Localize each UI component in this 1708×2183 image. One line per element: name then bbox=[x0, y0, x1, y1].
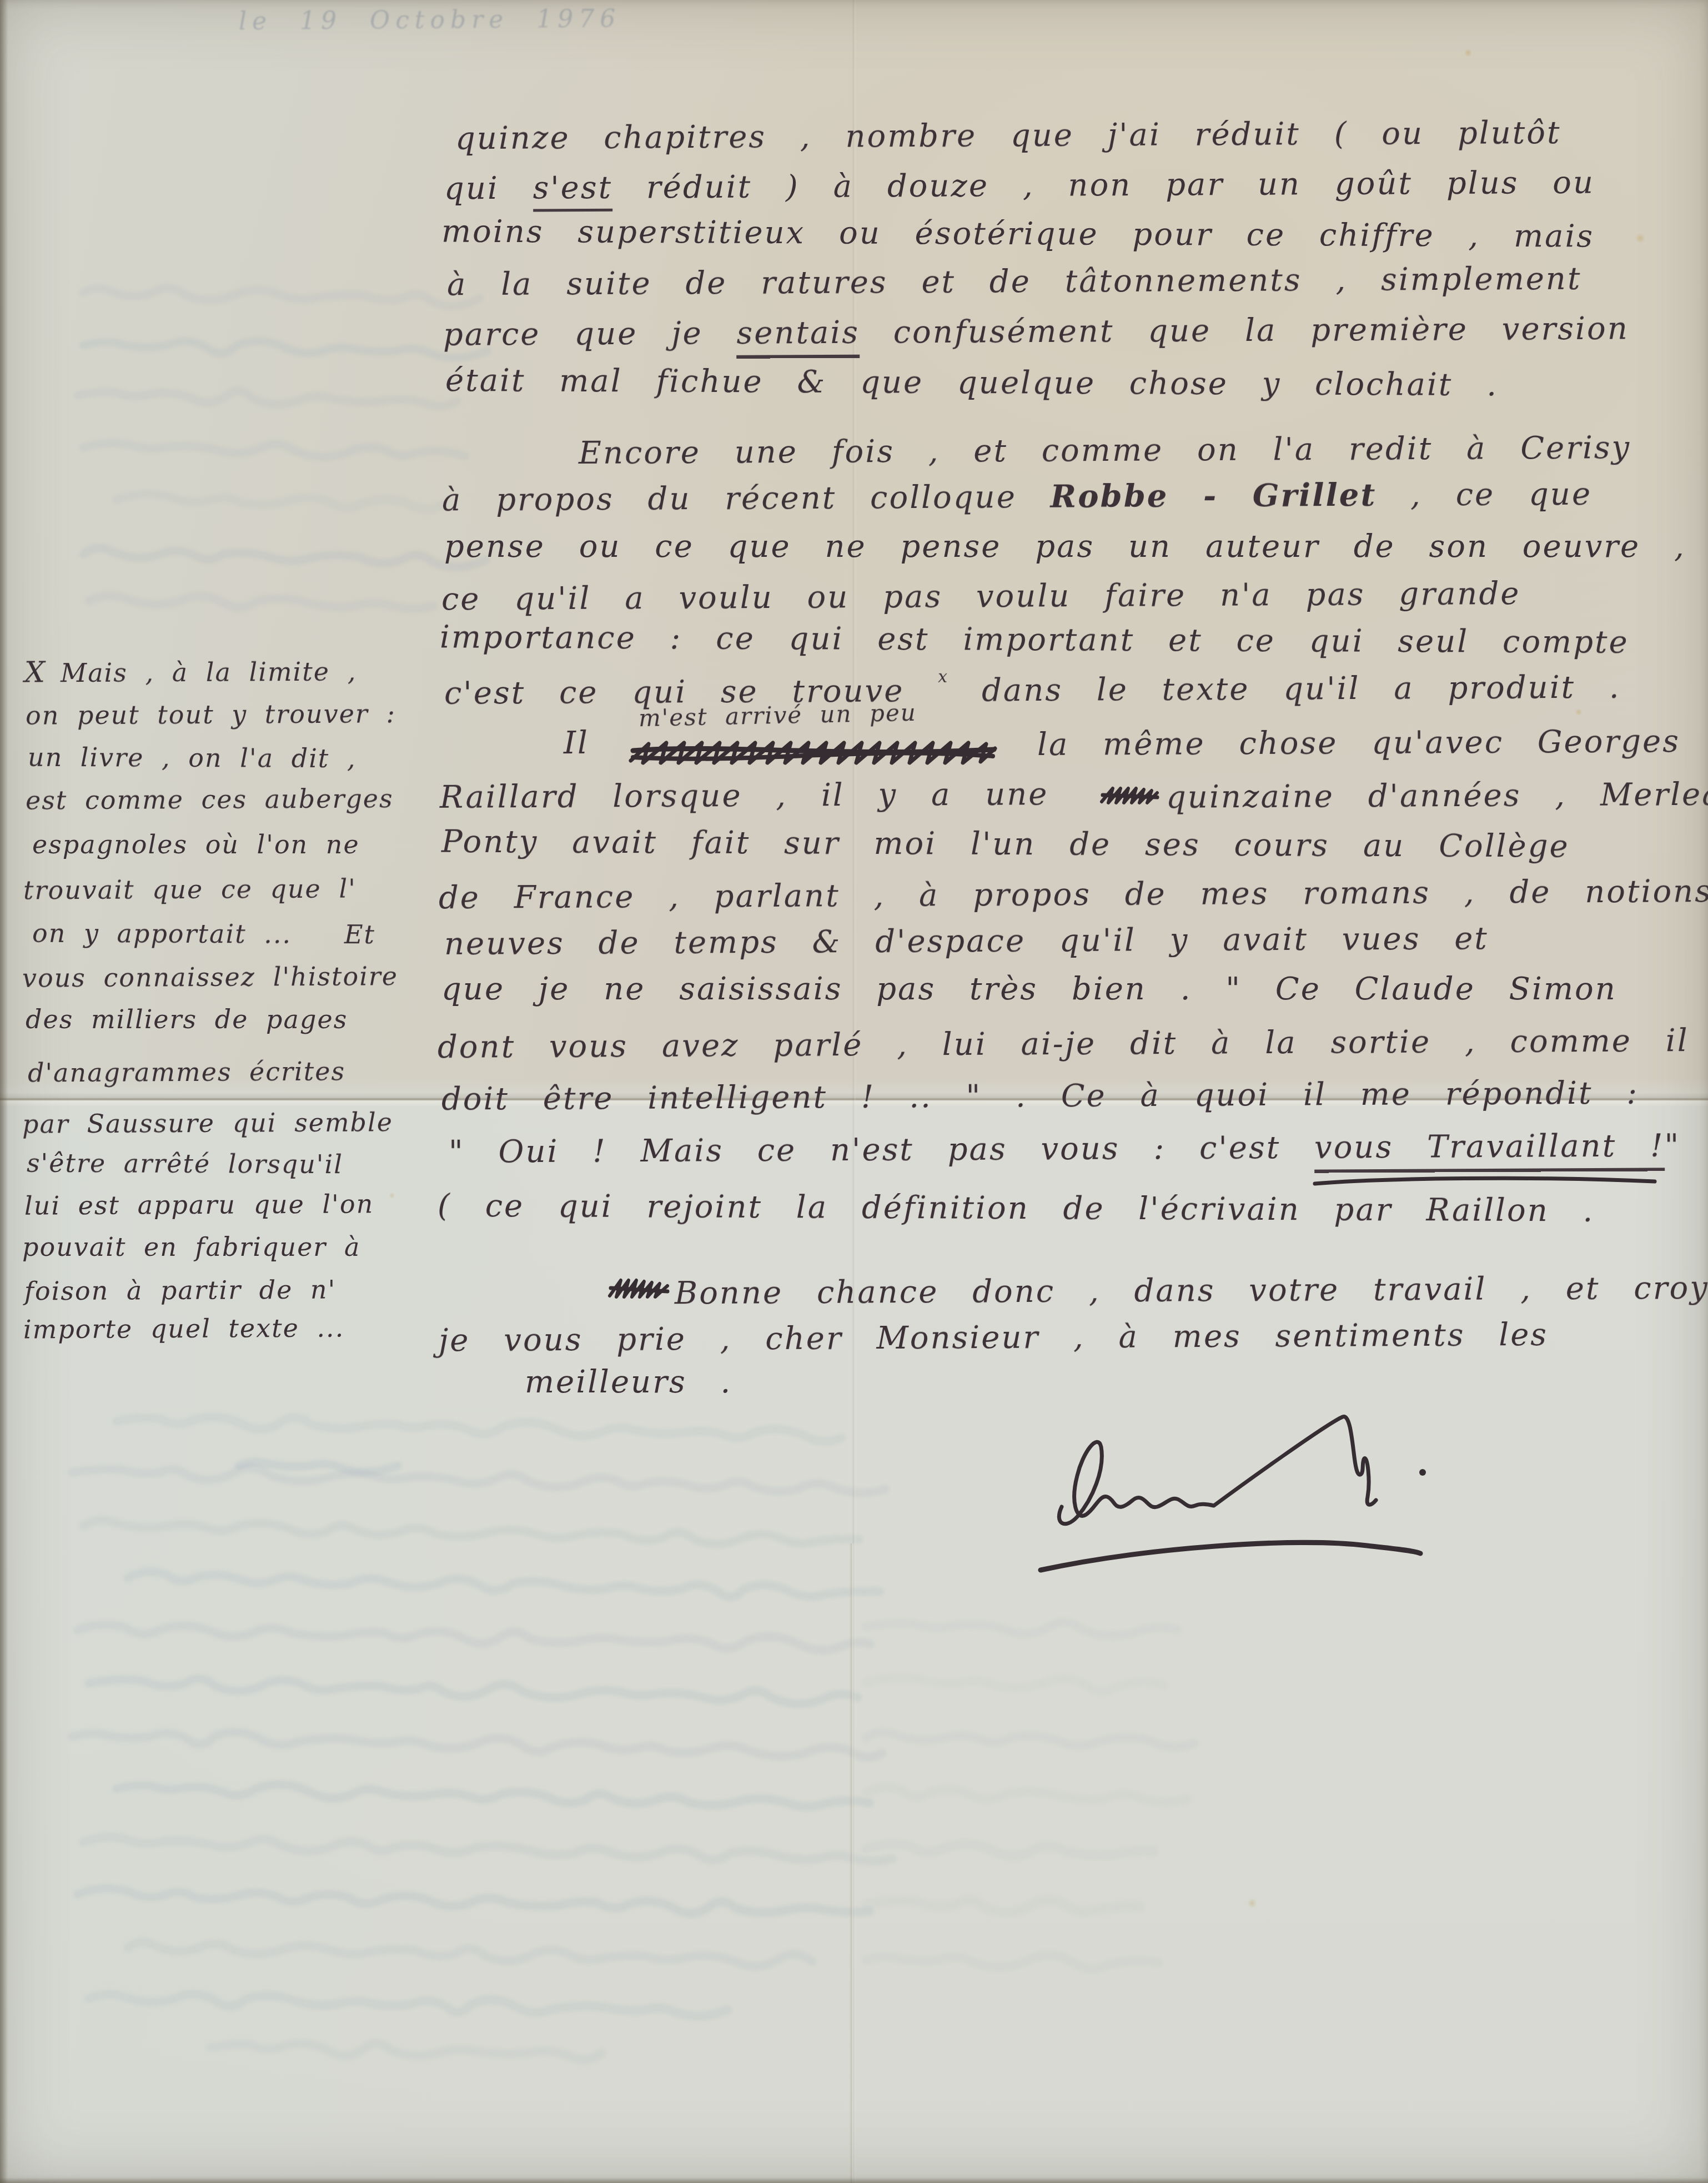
margin-note-line: s'être arrêté lorsqu'il bbox=[27, 1150, 343, 1177]
showthrough-date: le 19 Octobre 1976 bbox=[239, 4, 739, 36]
underlined-word: s'est bbox=[533, 170, 612, 212]
foxing-spot bbox=[1635, 233, 1646, 243]
body-line: quinzaine d'années , Merleau- bbox=[1166, 779, 1708, 813]
margin-note-line: un livre , on l'a dit , bbox=[28, 745, 356, 772]
margin-note-x-marker: X bbox=[24, 656, 46, 689]
margin-note-line: d'anagrammes écrites bbox=[28, 1059, 345, 1086]
body-line: c'est ce qui se trouve x dans le texte q… bbox=[444, 665, 1621, 709]
foxing-spot bbox=[1575, 708, 1583, 716]
margin-note-line: on y apportait ... Et bbox=[32, 921, 375, 948]
body-line: je vous prie , cher Monsieur , à mes sen… bbox=[439, 1320, 1548, 1356]
underlined-word: sentais bbox=[736, 315, 860, 359]
body-line: qui s'est réduit ) à douze , non par un … bbox=[444, 168, 1595, 205]
body-line: Raillard lorsque , il y a une bbox=[440, 779, 1049, 813]
body-line: moins superstitieux ou ésotérique pour c… bbox=[441, 216, 1594, 252]
margin-note-line: foison à partir de n' bbox=[24, 1277, 336, 1304]
margin-note-line: par Saussure qui semble bbox=[22, 1109, 393, 1136]
margin-note-line: importe quel texte ... bbox=[23, 1315, 345, 1342]
body-line: neuves de temps & d'espace qu'il y avait… bbox=[444, 923, 1489, 960]
margin-note-line: on peut tout y trouver : bbox=[26, 701, 396, 728]
insertion-x-marker: x bbox=[938, 667, 948, 687]
strikethrough-scribble-2 bbox=[1102, 788, 1157, 803]
margin-note-line: XMais , à la limite , bbox=[24, 656, 357, 687]
interline-insertion: m'est arrivé un peu bbox=[639, 701, 917, 730]
body-line: Bonne chance donc , dans votre travail ,… bbox=[675, 1272, 1708, 1310]
handwritten-letter-page: le 19 Octobre 1976 XMais , à la limite ,… bbox=[0, 0, 1708, 2183]
fold-crease-vertical-lower bbox=[850, 1543, 854, 2183]
body-line: Ponty avait fait sur moi l'un de ses cou… bbox=[441, 827, 1570, 863]
body-line: ce qu'il a voulu ou pas voulu faire n'a … bbox=[441, 579, 1521, 615]
foxing-spot bbox=[1247, 1899, 1257, 1908]
body-line: meilleurs . bbox=[525, 1367, 732, 1398]
strikethrough-scribble-1 bbox=[631, 743, 995, 763]
body-line: pense ou ce que ne pense pas un auteur d… bbox=[444, 531, 1686, 562]
body-line: doit être intelligent ! .. " . Ce à quoi… bbox=[441, 1078, 1639, 1115]
margin-note-line: des milliers de pages bbox=[26, 1007, 348, 1032]
strikethrough-scribble-3 bbox=[610, 1280, 667, 1297]
margin-note-line: lui est apparu que l'on bbox=[24, 1191, 374, 1218]
signature-scrawl bbox=[1041, 1417, 1426, 1570]
foxing-spot bbox=[389, 1193, 395, 1199]
body-line: Il bbox=[564, 728, 589, 759]
body-line: ( ce qui rejoint la définition de l'écri… bbox=[438, 1190, 1595, 1226]
body-line: la même chose qu'avec Georges bbox=[1037, 726, 1680, 761]
body-line: de France , parlant , à propos de mes ro… bbox=[439, 876, 1708, 914]
signature-underline-swash bbox=[1041, 1542, 1420, 1570]
foxing-spot bbox=[1464, 49, 1473, 57]
body-line: à propos du récent colloque Robbe - Gril… bbox=[442, 479, 1592, 516]
body-line: parce que je sentais confusément que la … bbox=[443, 313, 1629, 350]
margin-note-line: vous connaissez l'histoire bbox=[22, 963, 398, 991]
body-line: quinze chapitres , nombre que j'ai rédui… bbox=[455, 118, 1561, 154]
margin-note-line: pouvait en fabriquer à bbox=[22, 1234, 360, 1260]
underlined-words: vous Travaillant ! bbox=[1314, 1128, 1665, 1173]
margin-note-line: espagnoles où l'on ne bbox=[32, 832, 360, 857]
emphasized-name: Robbe - Grillet bbox=[1050, 477, 1377, 515]
travaillant-second-underline bbox=[1315, 1178, 1655, 1184]
scan-edge-left bbox=[0, 0, 8, 2183]
body-line: à la suite de ratures et de tâtonnements… bbox=[447, 264, 1582, 301]
body-line: " Oui ! Mais ce n'est pas vous : c'est v… bbox=[449, 1130, 1681, 1168]
body-line: était mal fichue & que quelque chose y c… bbox=[445, 365, 1498, 401]
margin-note-line: trouvait que ce que l' bbox=[23, 876, 356, 903]
body-line: que je ne saisissais pas très bien . " C… bbox=[441, 974, 1617, 1005]
body-line: importance : ce qui est important et ce … bbox=[440, 622, 1629, 658]
body-line: dont vous avez parlé , lui ai-je dit à l… bbox=[438, 1025, 1689, 1063]
margin-note-line: est comme ces auberges bbox=[26, 786, 394, 813]
scan-edge-bottom bbox=[0, 2177, 1708, 2183]
body-line: Encore une fois , et comme on l'a redit … bbox=[579, 432, 1631, 469]
